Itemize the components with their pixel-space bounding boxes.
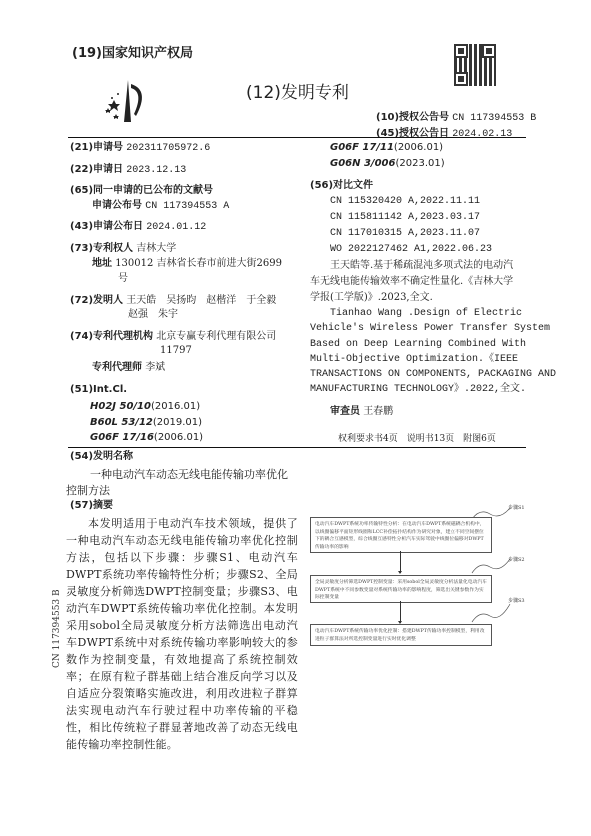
field-label: 地址 [92,258,112,269]
field-label: (65)同一申请的已公布的文献号 [70,185,213,196]
flow-arrow [400,601,401,623]
ipc-code: G06F 17/11 [330,142,394,153]
ipc-code: G06N 3/006 [330,158,395,169]
qr-code-icon [454,44,496,86]
application-date-field: (22)申请日 2023.12.13 [70,163,186,178]
inventors-field: (72)发明人 王天皓 吴扬昀 赵楷洋 于全毅 [70,294,276,308]
field-value: 2024.01.12 [146,222,206,233]
field-value: 吉林大学 [136,243,176,254]
field-value: CN 117394553 A [145,201,229,212]
inventors-line2: 赵强 朱宇 [128,308,178,322]
field-value: 李斌 [145,362,165,373]
literature-1-line2: 车无线电能传输效率不确定性量化.《吉林大学 [310,275,513,289]
literature-2-line1: Tianhao Wang .Design of Electric [330,307,522,321]
literature-1-line1: 王天皓等.基于稀疏混沌多项式法的电动汽 [330,259,513,273]
literature-2-line4: Multi-Objective Optimization.《IEEE [310,353,518,367]
literature-2-line5: TRANSACTIONS ON COMPONENTS, PACKAGING AN… [310,368,556,382]
field-label: (56)对比文件 [310,180,373,191]
application-number-field: (21)申请号 202311705972.6 [70,141,210,156]
document-type-title: (12)发明专利 [246,78,349,103]
reference-item: WO 2022127462 A1,2022.06.23 [330,243,492,257]
address-line2: 号 [118,272,128,286]
invention-title-label: (54)发明名称 [70,450,133,464]
reference-item: CN 115320420 A,2022.11.11 [330,195,480,209]
grant-number-label: (10)授权公告号 [376,112,449,123]
literature-1-line3: 学报(工学版)》.2023,全文. [310,291,433,305]
publication-number-field: 申请公布号 CN 117394553 A [92,199,229,214]
agent-field: 专利代理师 李斌 [92,361,165,375]
abstract-paragraph: 本发明适用于电动汽车技术领域，提供了一种电动汽车动态无线电能传输功率优化控制方法… [66,515,298,753]
abstract-label: (57)摘要 [70,499,113,513]
intcl-item: G06N 3/006(2023.01) [330,157,445,171]
same-application-label: (65)同一申请的已公布的文献号 [70,184,213,198]
ipc-code: H02J 50/10 [90,401,151,412]
ipc-code: B60L 53/12 [90,417,153,428]
publication-date-field: (43)申请公布日 2024.01.12 [70,220,206,235]
field-value: 2023.12.13 [126,165,186,176]
literature-2-line2: Vehicle's Wireless Power Transfer System [310,322,550,336]
flowchart-step-box: 全局灵敏度分析筛选DWPT控制变量：采用sobol全局灵敏度分析法量化电动汽车D… [310,575,492,603]
field-value: 202311705972.6 [126,143,210,154]
agency-code: 11797 [160,344,192,358]
examiner-field: 审查员 王春鹏 [330,405,393,419]
step-label: 步骤S3 [508,597,525,604]
patentee-field: (73)专利权人 吉林大学 [70,242,176,256]
intcl-item: B60L 53/12(2019.01) [90,416,202,430]
header-divider [68,137,526,138]
field-label: 专利代理师 [92,362,142,373]
field-label: (57)摘要 [70,500,113,511]
step-label: 步骤S2 [508,556,525,563]
field-label: 审查员 [330,406,360,417]
field-label: (22)申请日 [70,164,123,175]
field-label: (51)Int.Cl. [70,384,127,395]
field-label: (74)专利代理机构 [70,331,153,342]
intcl-label: (51)Int.Cl. [70,383,127,397]
literature-2-line3: Based on Deep Learning Combined With [310,338,526,352]
invention-title-line2: 控制方法 [66,482,110,498]
arrowhead-icon [398,571,402,574]
intcl-item: G06F 17/16(2006.01) [90,431,203,445]
field-label: (72)发明人 [70,295,123,306]
intcl-item: H02J 50/10(2016.01) [90,400,200,414]
field-value: 北京专赢专利代理有限公司 [156,331,276,342]
field-label: (43)申请公布日 [70,221,143,232]
issuing-office: (19)国家知识产权局 [72,42,193,61]
field-value: 王天皓 吴扬昀 赵楷洋 于全毅 [126,295,276,306]
ipc-code: G06F 17/16 [90,432,154,443]
grant-date: 2024.02.13 [452,129,512,140]
ipc-version: (2006.01) [394,142,443,153]
ipc-version: (2019.01) [153,417,202,428]
step-label: 步骤S1 [508,504,525,511]
ipc-version: (2006.01) [154,432,203,443]
abstract-text: 本发明适用于电动汽车技术领域，提供了一种电动汽车动态无线电能传输功率优化控制方法… [66,515,298,753]
flowchart-step-box: 电动汽车DWPT系统传输功率优化控制：搭建DWPT传输功率控制模型，利用改进粒子… [310,624,492,646]
address-field: 地址 130012 吉林省长春市前进大街2699 [92,257,282,271]
ipc-version: (2016.01) [151,401,200,412]
field-label: (73)专利权人 [70,243,133,254]
cnipa-logo-icon [98,78,158,122]
grant-number: CN 117394553 B [452,113,536,124]
references-label: (56)对比文件 [310,179,373,193]
field-label: 申请公布号 [92,200,142,211]
ipc-version: (2023.01) [395,158,444,169]
field-label: (54)发明名称 [70,451,133,462]
field-label: (21)申请号 [70,142,123,153]
invention-title-line1: 一种电动汽车动态无线电能传输功率优化 [90,466,288,482]
agency-field: (74)专利代理机构 北京专赢专利代理有限公司 [70,330,276,344]
intcl-item: G06F 17/11(2006.01) [330,141,443,155]
field-value: 130012 吉林省长春市前进大街2699 [115,258,282,269]
flowchart-step-box: 电动汽车DWPT系统功率传输特性分析：在电动汽车DWPT系统磁耦合机构中，以线圈… [310,517,492,553]
field-value: 王春鹏 [363,406,393,417]
abstract-figure-flowchart: 步骤S1 电动汽车DWPT系统功率传输特性分析：在电动汽车DWPT系统磁耦合机构… [310,500,540,660]
side-publication-number: CN 117394553 B [52,589,62,668]
flow-arrow [400,551,401,573]
section-divider [68,447,526,448]
reference-item: CN 117010315 A,2023.11.07 [330,227,480,241]
reference-item: CN 115811142 A,2023.03.17 [330,211,480,225]
page-counts: 权利要求书4页 说明书13页 附图6页 [338,432,496,446]
literature-2-line6: MANUFACTURING TECHNOLOGY》.2022,全文. [310,383,526,397]
